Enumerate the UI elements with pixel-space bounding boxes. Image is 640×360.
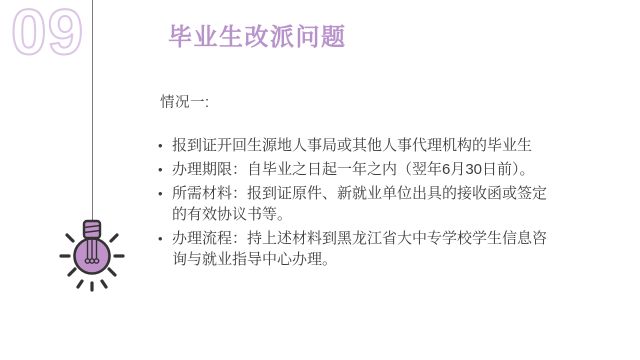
bullet-text: 办理流程：持上述材料到黑龙江省大中专学校学生信息咨询与就业指导中心办理。 (172, 228, 558, 270)
bullet-text: 报到证开回生源地人事局或其他人事代理机构的毕业生 (172, 135, 558, 156)
presentation-slide: 09 (0, 0, 640, 360)
bullet-marker: • (158, 135, 172, 156)
bullet-text: 办理期限：自毕业之日起一年之内（翌年6月30日前）。 (172, 159, 558, 180)
bullet-marker: • (158, 228, 172, 249)
list-item: • 报到证开回生源地人事局或其他人事代理机构的毕业生 (158, 135, 562, 156)
slide-number: 09 (11, 0, 84, 72)
bullet-text: 所需材料：报到证原件、新就业单位出具的接收函或签定的有效协议书等。 (172, 183, 558, 225)
bullet-marker: • (158, 159, 172, 180)
list-item: • 办理流程：持上述材料到黑龙江省大中专学校学生信息咨询与就业指导中心办理。 (158, 228, 562, 270)
list-item: • 所需材料：报到证原件、新就业单位出具的接收函或签定的有效协议书等。 (158, 183, 562, 225)
lightbulb-icon (54, 209, 130, 295)
slide-title: 毕业生改派问题 (168, 20, 347, 56)
bullet-list: • 报到证开回生源地人事局或其他人事代理机构的毕业生 • 办理期限：自毕业之日起… (158, 135, 562, 273)
bullet-marker: • (158, 183, 172, 204)
lightbulb-string (92, 0, 93, 224)
section-label: 情况一: (160, 91, 210, 112)
list-item: • 办理期限：自毕业之日起一年之内（翌年6月30日前）。 (158, 159, 562, 180)
